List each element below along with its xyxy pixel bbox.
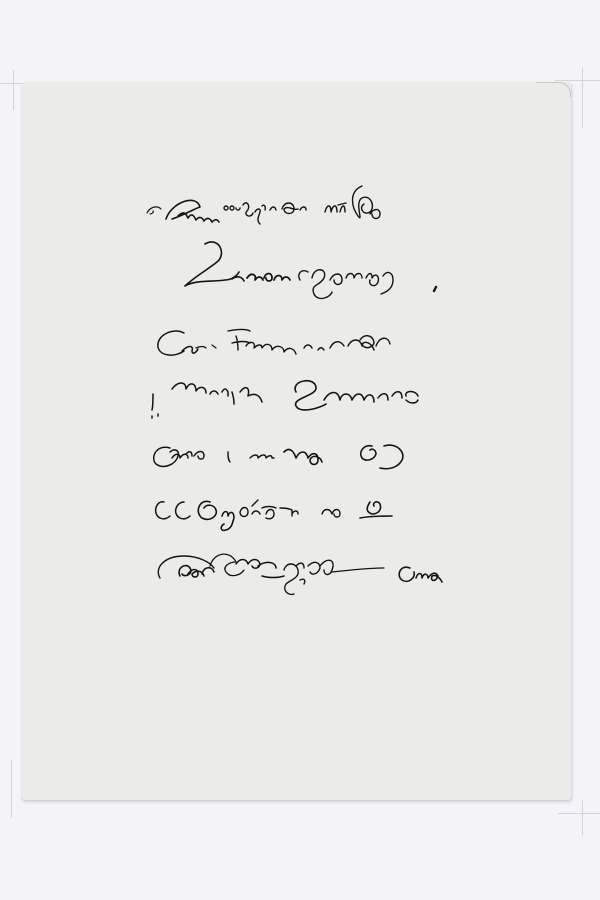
script-line-6 [156, 500, 392, 530]
photo-stage: Photograph of a single sheet of off-whit… [0, 0, 600, 900]
script-line-1 [147, 186, 380, 224]
script-line-2 [185, 242, 436, 298]
handwritten-script [0, 0, 600, 900]
script-line-7 [158, 554, 442, 594]
script-line-4 [152, 381, 418, 418]
script-line-3 [158, 330, 390, 356]
script-line-5 [154, 445, 403, 469]
